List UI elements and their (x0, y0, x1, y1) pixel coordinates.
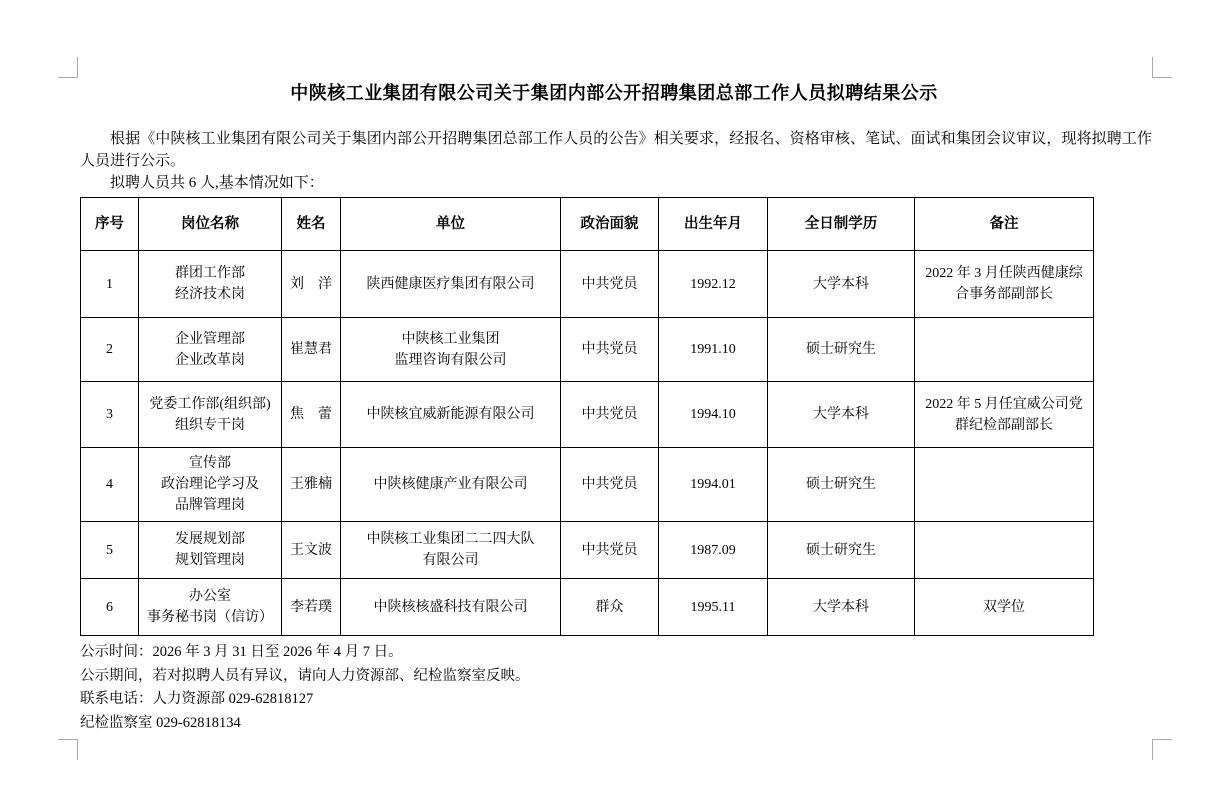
cell-birth-date: 1987.09 (659, 522, 768, 579)
cell-unit: 中陕核宜威新能源有限公司 (341, 382, 561, 448)
cell-position-name: 发展规划部 规划管理岗 (139, 522, 282, 579)
cell-name: 李若璞 (282, 579, 341, 636)
cell-fulltime-education: 硕士研究生 (768, 318, 915, 382)
cell-serial-number: 1 (81, 251, 139, 318)
cell-position-name: 党委工作部(组织部) 组织专干岗 (139, 382, 282, 448)
footer-contact-discipline: 纪检监察室 029-62818134 (80, 712, 1152, 736)
cell-serial-number: 3 (81, 382, 139, 448)
cell-serial-number: 2 (81, 318, 139, 382)
table-header-row: 序号 岗位名称 姓名 单位 政治面貌 出生年月 全日制学历 备注 (81, 198, 1094, 251)
cell-fulltime-education: 大学本科 (768, 251, 915, 318)
cell-birth-date: 1995.11 (659, 579, 768, 636)
cell-name: 刘 洋 (282, 251, 341, 318)
cell-fulltime-education: 大学本科 (768, 579, 915, 636)
cell-political-status: 群众 (561, 579, 659, 636)
table-row: 4 宣传部 政治理论学习及 品牌管理岗 王雅楠 中陕核健康产业有限公司 中共党员… (81, 448, 1094, 522)
cell-remarks: 2022 年 3 月任陕西健康综 合事务部副部长 (915, 251, 1094, 318)
intro-paragraph-1: 根据《中陕核工业集团有限公司关于集团内部公开招聘集团总部工作人员的公告》相关要求… (80, 128, 1152, 172)
cell-name: 王文波 (282, 522, 341, 579)
header-serial-number: 序号 (81, 198, 139, 251)
margin-corner-mark-bottom-left (58, 739, 78, 760)
cell-remarks (915, 448, 1094, 522)
cell-political-status: 中共党员 (561, 522, 659, 579)
cell-name: 焦 蕾 (282, 382, 341, 448)
cell-unit: 中陕核工业集团 监理咨询有限公司 (341, 318, 561, 382)
cell-unit: 陕西健康医疗集团有限公司 (341, 251, 561, 318)
intro-paragraph-2: 拟聘人员共 6 人,基本情况如下： (80, 172, 1152, 194)
cell-fulltime-education: 硕士研究生 (768, 448, 915, 522)
header-fulltime-education: 全日制学历 (768, 198, 915, 251)
cell-position-name: 宣传部 政治理论学习及 品牌管理岗 (139, 448, 282, 522)
cell-unit: 中陕核核盛科技有限公司 (341, 579, 561, 636)
cell-position-name: 群团工作部 经济技术岗 (139, 251, 282, 318)
cell-position-name: 企业管理部 企业改革岗 (139, 318, 282, 382)
table-row: 6 办公室 事务秘书岗（信访） 李若璞 中陕核核盛科技有限公司 群众 1995.… (81, 579, 1094, 636)
cell-birth-date: 1994.01 (659, 448, 768, 522)
footer-objection-notice: 公示期间，若对拟聘人员有异议，请向人力资源部、纪检监察室反映。 (80, 665, 1152, 689)
margin-corner-mark-bottom-right (1152, 739, 1172, 760)
cell-fulltime-education: 硕士研究生 (768, 522, 915, 579)
table-row: 2 企业管理部 企业改革岗 崔慧君 中陕核工业集团 监理咨询有限公司 中共党员 … (81, 318, 1094, 382)
margin-corner-mark-top-left (58, 57, 78, 78)
cell-name: 王雅楠 (282, 448, 341, 522)
header-name: 姓名 (282, 198, 341, 251)
cell-political-status: 中共党员 (561, 318, 659, 382)
header-political-status: 政治面貌 (561, 198, 659, 251)
cell-birth-date: 1994.10 (659, 382, 768, 448)
cell-serial-number: 5 (81, 522, 139, 579)
cell-remarks (915, 318, 1094, 382)
cell-unit: 中陕核健康产业有限公司 (341, 448, 561, 522)
cell-position-name: 办公室 事务秘书岗（信访） (139, 579, 282, 636)
table-row: 5 发展规划部 规划管理岗 王文波 中陕核工业集团二二四大队 有限公司 中共党员… (81, 522, 1094, 579)
footer-publicity-period: 公示时间：2026 年 3 月 31 日至 2026 年 4 月 7 日。 (80, 641, 1152, 665)
document-page: 中陕核工业集团有限公司关于集团内部公开招聘集团总部工作人员拟聘结果公示 根据《中… (0, 0, 1228, 805)
candidates-table: 序号 岗位名称 姓名 单位 政治面貌 出生年月 全日制学历 备注 1 群团工作部… (80, 197, 1094, 636)
header-remarks: 备注 (915, 198, 1094, 251)
cell-fulltime-education: 大学本科 (768, 382, 915, 448)
footer-contact-hr: 联系电话：人力资源部 029-62818127 (80, 688, 1152, 712)
intro-section: 根据《中陕核工业集团有限公司关于集团内部公开招聘集团总部工作人员的公告》相关要求… (80, 128, 1152, 194)
document-title: 中陕核工业集团有限公司关于集团内部公开招聘集团总部工作人员拟聘结果公示 (0, 79, 1228, 105)
margin-corner-mark-top-right (1152, 57, 1172, 78)
cell-political-status: 中共党员 (561, 251, 659, 318)
table-row: 1 群团工作部 经济技术岗 刘 洋 陕西健康医疗集团有限公司 中共党员 1992… (81, 251, 1094, 318)
cell-birth-date: 1991.10 (659, 318, 768, 382)
cell-remarks (915, 522, 1094, 579)
cell-serial-number: 4 (81, 448, 139, 522)
header-unit: 单位 (341, 198, 561, 251)
cell-unit: 中陕核工业集团二二四大队 有限公司 (341, 522, 561, 579)
cell-serial-number: 6 (81, 579, 139, 636)
header-position-name: 岗位名称 (139, 198, 282, 251)
cell-name: 崔慧君 (282, 318, 341, 382)
cell-remarks: 2022 年 5 月任宜威公司党 群纪检部副部长 (915, 382, 1094, 448)
cell-political-status: 中共党员 (561, 382, 659, 448)
cell-remarks: 双学位 (915, 579, 1094, 636)
header-birth-date: 出生年月 (659, 198, 768, 251)
footer-section: 公示时间：2026 年 3 月 31 日至 2026 年 4 月 7 日。 公示… (80, 641, 1152, 735)
cell-political-status: 中共党员 (561, 448, 659, 522)
cell-birth-date: 1992.12 (659, 251, 768, 318)
table-row: 3 党委工作部(组织部) 组织专干岗 焦 蕾 中陕核宜威新能源有限公司 中共党员… (81, 382, 1094, 448)
